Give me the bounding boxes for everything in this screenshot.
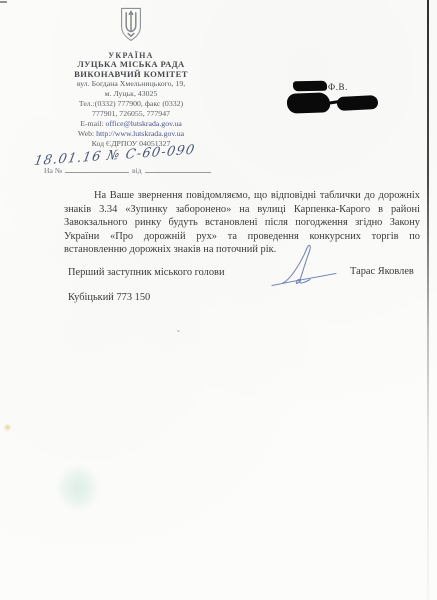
letterhead: УКРАЇНА ЛУЦЬКА МІСЬКА РАДА ВИКОНАВЧИЙ КО… xyxy=(28,7,234,149)
scan-edge-shadow xyxy=(427,0,429,600)
body-line: Завокзального ринку будуть встановлені п… xyxy=(64,216,420,230)
redaction-bar xyxy=(293,81,327,92)
letterhead-phone-2: 777901, 726055, 777947 xyxy=(28,109,234,119)
reply-number-blank xyxy=(65,166,129,173)
paper-stain xyxy=(5,425,10,430)
addressee-initials: Ф.В. xyxy=(328,82,348,92)
scan-speck xyxy=(0,1,7,3)
email-address: office@lutskrada.gov.ua xyxy=(106,119,182,128)
letterhead-street: вул. Богдана Хмельницького, 19, xyxy=(28,79,234,89)
body-line: знаків 3.34 «Зупинку заборонено» на вули… xyxy=(64,203,420,217)
body-line: На Ваше звернення повідомляємо, що відпо… xyxy=(64,189,420,203)
scanned-letter-page: УКРАЇНА ЛУЦЬКА МІСЬКА РАДА ВИКОНАВЧИЙ КО… xyxy=(0,0,437,600)
body-line: України «Про дорожній рух» та проведення… xyxy=(64,230,420,244)
redaction-bar xyxy=(287,92,331,113)
email-label: E-mail: xyxy=(80,119,103,128)
reply-date-blank xyxy=(145,166,211,173)
reply-date-label: від xyxy=(132,166,142,175)
handwritten-signature xyxy=(269,242,339,297)
letter-body: На Ваше звернення повідомляємо, що відпо… xyxy=(64,189,420,257)
redaction-bar xyxy=(337,95,379,111)
stamp-remnant-stain xyxy=(58,466,98,510)
letterhead-org-dept: ВИКОНАВЧИЙ КОМІТЕТ xyxy=(28,70,234,80)
ukraine-trident-icon xyxy=(119,7,143,47)
letterhead-web-line: Web: http://www.lutskrada.gov.ua xyxy=(28,129,234,139)
signer-name: Тарас Яковлев xyxy=(350,266,414,277)
web-address: http://www.lutskrada.gov.ua xyxy=(96,129,184,138)
letterhead-phone-1: Тел.:(0332) 777900, факс (0332) xyxy=(28,99,234,109)
executor-contact: Кубіцький 773 150 xyxy=(68,292,150,303)
scan-speck xyxy=(177,330,180,332)
letterhead-city: м. Луцьк, 43025 xyxy=(28,89,234,99)
signer-position-title: Перший заступник міського голови xyxy=(68,267,225,278)
letterhead-email-line: E-mail: office@lutskrada.gov.ua xyxy=(28,119,234,129)
reply-number-label: На № xyxy=(44,166,62,175)
body-line: встановленню дорожніх знаків на поточний… xyxy=(64,243,420,257)
reply-reference-line: На №від xyxy=(44,166,211,175)
web-label: Web: xyxy=(78,129,94,138)
